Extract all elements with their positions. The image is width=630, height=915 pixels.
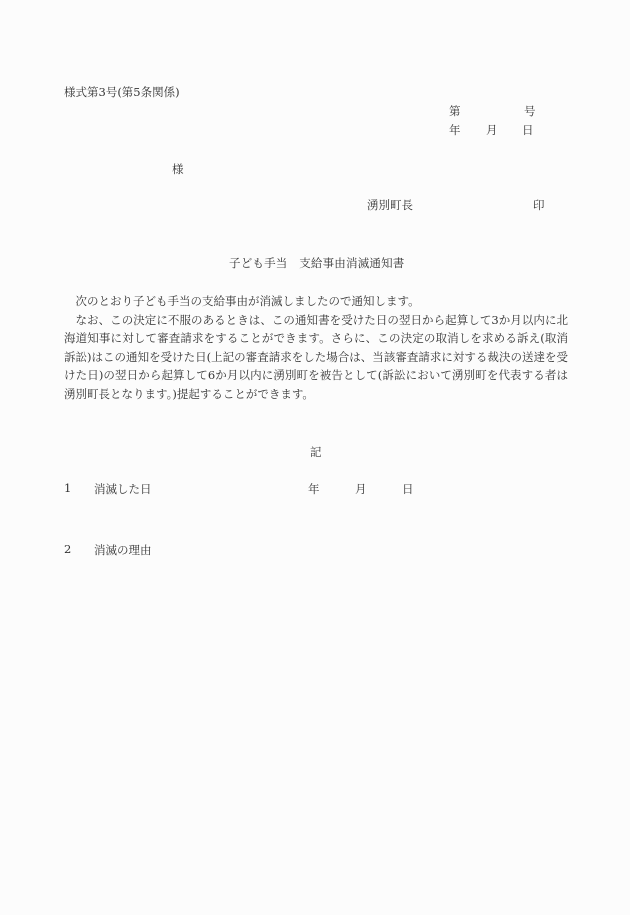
ki-heading: 記 [310,444,322,460]
item-label-extinction-reason: 消滅の理由 [94,542,152,558]
document-title: 子ども手当 支給事由消滅通知書 [229,255,405,271]
document-number-label: 第 [449,103,461,119]
item-number: 1 [64,481,71,495]
form-number: 様式第3号(第5条関係) [64,84,180,100]
recipient-honorific: 様 [172,161,184,177]
seal-mark: 印 [533,197,545,213]
issuer-title: 湧別町長 [367,197,413,213]
extinction-date-year-label: 年 [308,481,320,497]
issue-date-day-label: 日 [522,122,534,138]
notice-paragraph: なお、この決定に不服のあるときは、この通知書を受けた日の翌日から起算して3か月以… [64,311,568,404]
notice-paragraph: 次のとおり子ども手当の支給事由が消滅しましたので通知します。 [64,292,568,311]
item-number: 2 [64,542,71,556]
item-label-extinction-date: 消滅した日 [94,481,152,497]
document-number-suffix: 号 [524,103,536,119]
extinction-date-day-label: 日 [402,481,414,497]
issue-date-month-label: 月 [486,122,498,138]
extinction-date-month-label: 月 [355,481,367,497]
issue-date-year-label: 年 [449,122,461,138]
notice-body: 次のとおり子ども手当の支給事由が消滅しましたので通知します。 なお、この決定に不… [64,292,568,404]
